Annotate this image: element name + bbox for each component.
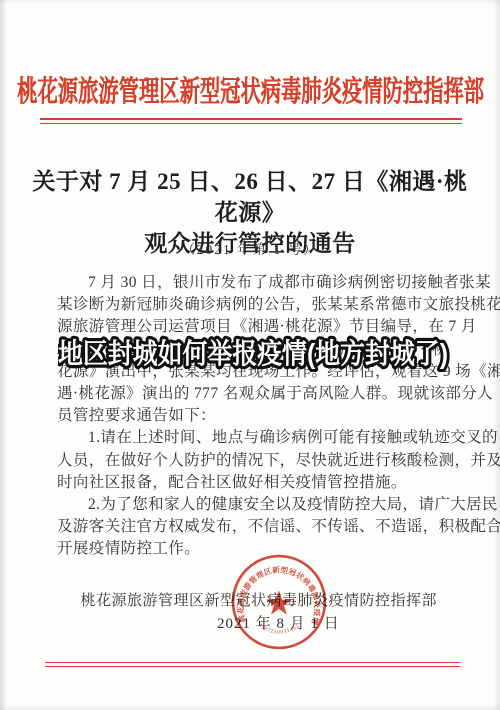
body-line: 7 月 30 日，银川市发布了成都市确诊病例密切接触者张某 [57, 272, 448, 294]
letterhead: 桃花源旅游管理区新型冠状病毒肺炎疫情防控指挥部 [0, 66, 500, 112]
notice-document: 桃花源旅游管理区新型冠状病毒肺炎疫情防控指挥部 关于对 7 月 25 日、26 … [0, 0, 500, 710]
document-title-line1: 关于对 7 月 25 日、26 日、27 日《湘遇·桃花源》 [30, 166, 470, 228]
letterhead-divider [40, 118, 462, 124]
issue-number: （2021 年第 1 号） [0, 238, 500, 258]
site-watermark-headline: 地区封城如何举报疫情(地方封城了) [58, 334, 450, 372]
body-line: 人员，在做好个人防护的情况下，尽快就近进行核酸检测，并及 [57, 450, 448, 472]
official-seal: 桃花源旅游管理区新型冠状病毒肺炎疫情防控指挥部 ★ 4307250031462 [228, 551, 330, 653]
body-line: 及游客关注官方权威发布，不信谣、不传谣、不造谣，积极配合 [57, 516, 448, 538]
body-line: 时向社区报备，配合社区做好相关疫情管控措施。 [57, 472, 448, 494]
body-line: 1.请在上述时间、地点与确诊病例可能有接触或轨迹交叉的 [57, 427, 448, 449]
seal-code: 4307250031462 [257, 623, 301, 636]
notice-body: 7 月 30 日，银川市发布了成都市确诊病例密切接触者张某 某诊断为新冠肺炎确诊… [57, 272, 448, 560]
body-line: 员管控要求通告如下： [57, 405, 448, 427]
body-line: 遇·桃花源》演出的 777 名观众属于高风险人群。现就该部分人 [57, 383, 448, 405]
footer-divider [45, 662, 460, 667]
body-line: 某诊断为新冠肺炎确诊病例的公告，张某某系常德市文旅投桃花 [57, 294, 448, 316]
body-line: 2.为了您和家人的健康安全以及疫情防控大局，请广大居民 [57, 494, 448, 516]
site-watermark-text: 地区封城如何举报疫情(地方封城了) [58, 337, 448, 369]
seal-star-icon: ★ [264, 586, 294, 623]
letterhead-org-name: 桃花源旅游管理区新型冠状病毒肺炎疫情防控指挥部 [17, 69, 484, 110]
